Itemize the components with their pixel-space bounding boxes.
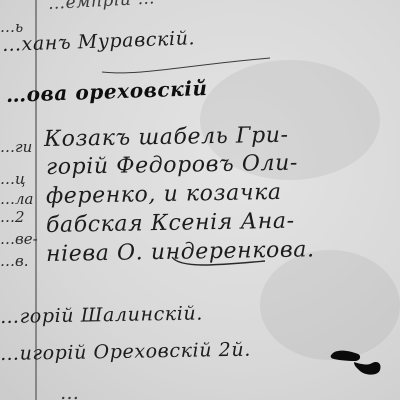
entry-line-6: бабская Ксенiя Ана- bbox=[46, 209, 295, 238]
entry-line-3: Козакъ шабель Гри- bbox=[44, 123, 289, 152]
margin-fragment: …ла bbox=[0, 190, 34, 208]
entry-line-1: …ханъ Муравскiй. bbox=[2, 27, 196, 56]
margin-fragment: …2 bbox=[0, 208, 25, 226]
top-partial-line: …eмпрiи … bbox=[47, 0, 155, 14]
margin-rule bbox=[35, 0, 37, 400]
margin-fragment: …ц bbox=[0, 170, 25, 188]
ink-blot-icon bbox=[330, 348, 385, 378]
entry-line-9: …игорiй Ореховскiй 2й. bbox=[0, 339, 251, 365]
entry-line-4: горiй Федоровъ Оли- bbox=[46, 151, 298, 180]
flourish-icon bbox=[100, 56, 300, 76]
entry-line-10-cutoff: … bbox=[60, 382, 80, 400]
margin-fragment: …ь bbox=[0, 18, 23, 36]
entry-line-8: …горiй Шалинскiй. bbox=[0, 302, 203, 328]
flourish-icon bbox=[170, 255, 270, 269]
entry-line-5: ференко, и козачка bbox=[46, 180, 282, 209]
margin-fragment: …ве- bbox=[0, 230, 38, 248]
document-page: …eмпрiи … …ханъ Муравскiй. …ова ореховск… bbox=[0, 0, 400, 400]
margin-fragment: …в. bbox=[0, 252, 29, 270]
paper-stain bbox=[260, 250, 400, 360]
margin-fragment: …ги bbox=[0, 138, 32, 156]
